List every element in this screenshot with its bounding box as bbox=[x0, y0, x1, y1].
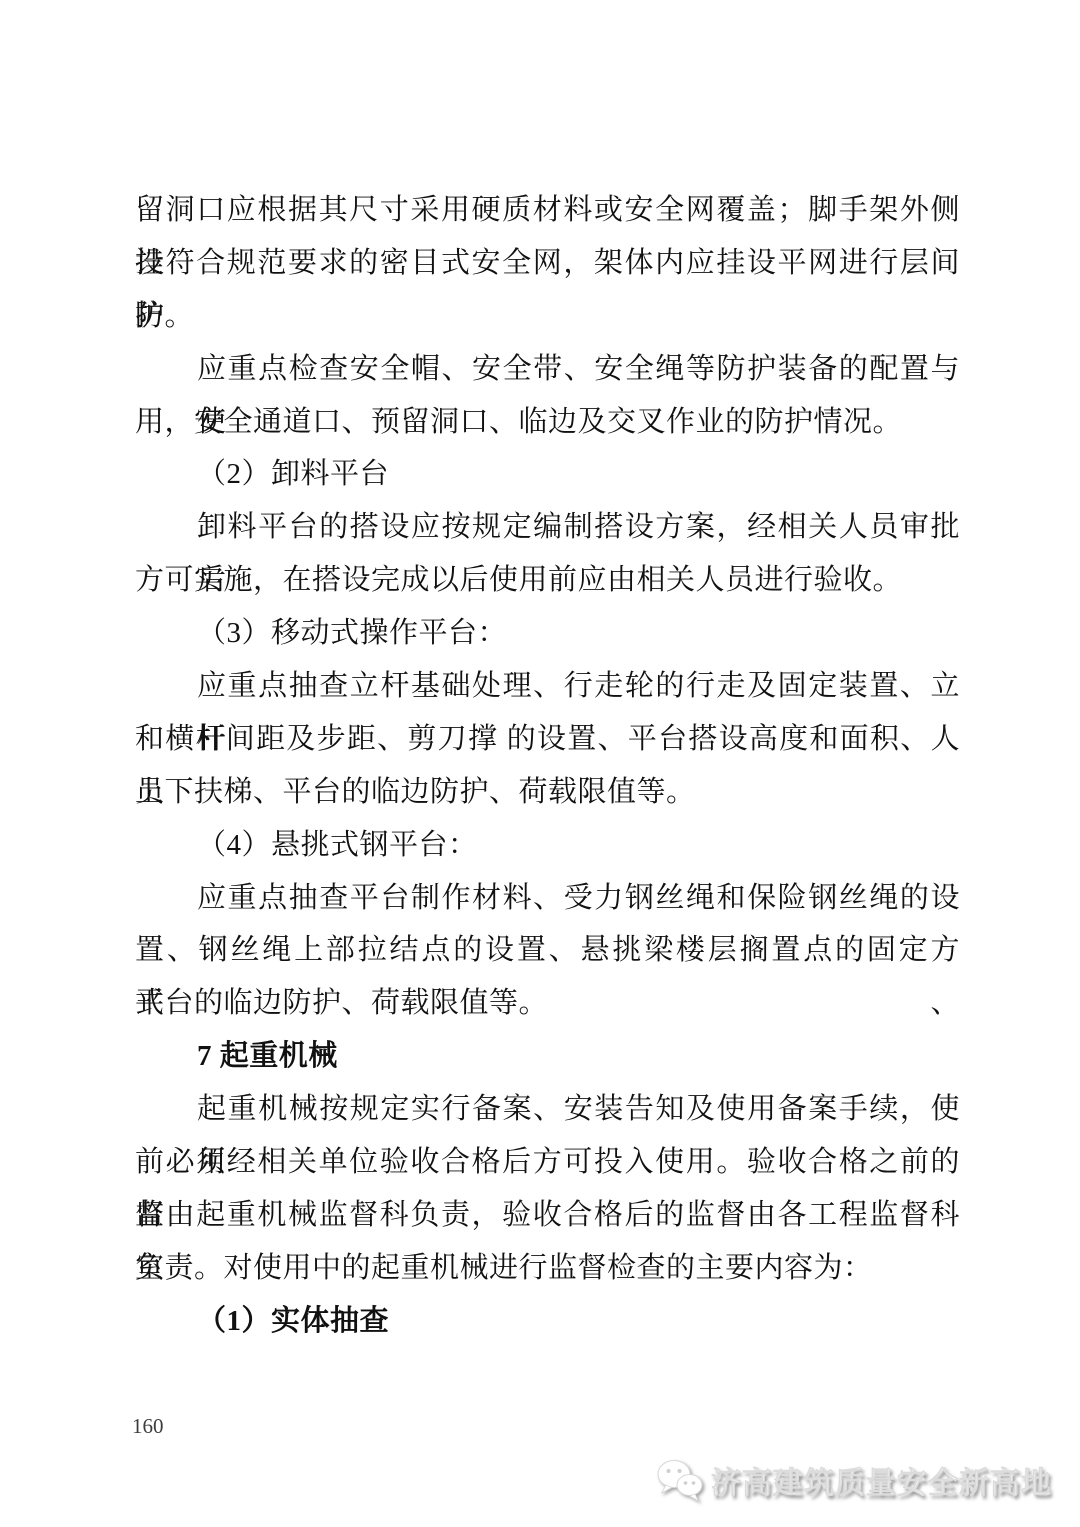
text-line: 应重点抽查平台制作材料、受力钢丝绳和保险钢丝绳的设 bbox=[135, 872, 960, 925]
text-line: 置、钢丝绳上部拉结点的设置、悬挑梁楼层搁置点的固定方式、 bbox=[135, 924, 960, 977]
text-line: （2）卸料平台 bbox=[135, 448, 960, 501]
text-line: 设符合规范要求的密目式安全网，架体内应挂设平网进行层间防 bbox=[135, 237, 960, 290]
watermark: 济高建筑质量安全新高地 bbox=[656, 1458, 1052, 1502]
text-line: 和横杆间距及步距、剪刀撑 的设置、平台搭设高度和面积、人员 bbox=[135, 713, 960, 766]
text-line: 应重点检查安全帽、安全带、安全绳等防护装备的配置与使 bbox=[135, 343, 960, 396]
wechat-icon bbox=[656, 1458, 704, 1502]
text-line: 应重点抽查立杆基础处理、行走轮的行走及固定装置、立杆 bbox=[135, 660, 960, 713]
page-number: 160 bbox=[132, 1414, 164, 1439]
text-line: 上下扶梯、平台的临边防护、荷载限值等。 bbox=[135, 766, 960, 819]
text-line: 前必须经相关单位验收合格后方可投入使用。验收合格之前的监 bbox=[135, 1136, 960, 1189]
text-line: （4）悬挑式钢平台： bbox=[135, 819, 960, 872]
text-line: 护。 bbox=[135, 290, 960, 343]
document-page: 留洞口应根据其尺寸采用硬质材料或安全网覆盖；脚手架外侧挂设符合规范要求的密目式安… bbox=[0, 0, 1080, 1527]
watermark-text: 济高建筑质量安全新高地 bbox=[711, 1458, 1052, 1502]
text-line: 负责。对使用中的起重机械进行监督检查的主要内容为： bbox=[135, 1242, 960, 1295]
text-line: 用，安全通道口、预留洞口、临边及交叉作业的防护情况。 bbox=[135, 396, 960, 449]
text-line: 督由起重机械监督科负责，验收合格后的监督由各工程监督科室 bbox=[135, 1189, 960, 1242]
text-line: 7 起重机械 bbox=[135, 1030, 960, 1083]
text-line: 留洞口应根据其尺寸采用硬质材料或安全网覆盖；脚手架外侧挂 bbox=[135, 184, 960, 237]
text-line: 方可实施，在搭设完成以后使用前应由相关人员进行验收。 bbox=[135, 554, 960, 607]
text-line: （3）移动式操作平台： bbox=[135, 607, 960, 660]
document-body: 留洞口应根据其尺寸采用硬质材料或安全网覆盖；脚手架外侧挂设符合规范要求的密目式安… bbox=[135, 184, 960, 1348]
text-line: 起重机械按规定实行备案、安装告知及使用备案手续，使用 bbox=[135, 1083, 960, 1136]
text-line: （1）实体抽查 bbox=[135, 1295, 960, 1348]
text-line: 卸料平台的搭设应按规定编制搭设方案，经相关人员审批后 bbox=[135, 501, 960, 554]
